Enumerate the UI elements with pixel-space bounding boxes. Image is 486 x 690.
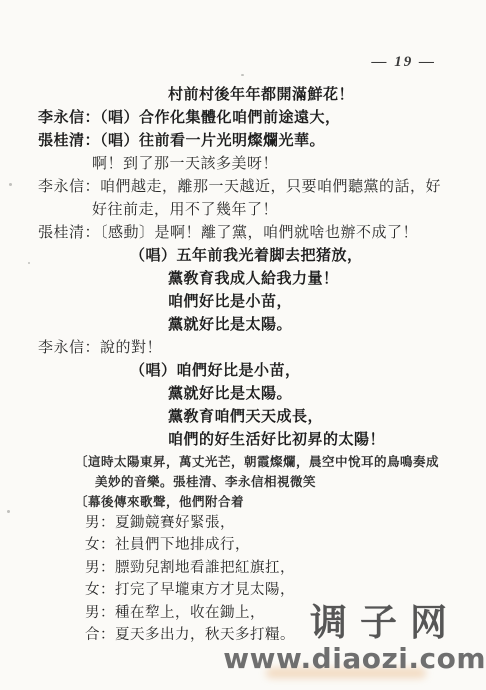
script-line: 咱們好比是小苗，: [168, 291, 486, 314]
script-line: 村前村後年年都開滿鮮花！: [168, 84, 486, 107]
watermark-site-name: 调子网: [310, 604, 460, 641]
script-line: 男：膘勁兒割地看誰把紅旗扛，: [85, 557, 486, 579]
script-line: 女：社員們下地排成行，: [85, 534, 486, 556]
scan-speck: [28, 262, 30, 264]
scanned-book-page: — 19 — 村前村後年年都開滿鮮花！李永信：（唱）合作化集體化咱們前途遠大，張…: [0, 0, 486, 690]
script-line: 黨就好比是太陽。: [168, 314, 486, 337]
script-line: 李永信：（唱）合作化集體化咱們前途遠大，: [38, 107, 486, 130]
script-line: 啊！到了那一天該多美呀！: [92, 153, 486, 176]
script-lines: 村前村後年年都開滿鮮花！李永信：（唱）合作化集體化咱們前途遠大，張桂清：（唱）往…: [0, 84, 486, 646]
script-line: 好往前走，用不了幾年了！: [92, 199, 486, 222]
script-line: 李永信：咱們越走，離那一天越近，只要咱們聽黨的話，好: [38, 176, 486, 199]
script-line: 男：夏鋤競賽好緊張，: [85, 512, 486, 534]
script-line: （唱）五年前我光着脚去把猪放，: [130, 245, 486, 268]
script-line: （唱）咱們好比是小苗，: [130, 360, 486, 383]
script-line: 〔這時太陽東昇，萬丈光芒，朝霞燦爛，晨空中悅耳的鳥鳴奏成: [75, 452, 486, 472]
scan-speck: [9, 183, 12, 186]
watermark-site-url: www.diaozi.com: [223, 645, 486, 673]
scan-speck: [7, 510, 10, 513]
script-line: 黨敎育我成人給我力量！: [168, 268, 486, 291]
script-line: 張桂清：〔感動〕是啊！離了黨，咱們就啥也辦不成了！: [38, 222, 486, 245]
script-line: 〔幕後傳來歌聲，他們附合着: [75, 492, 486, 512]
scan-speck: [241, 74, 244, 76]
script-line: 咱們的好生活好比初昇的太陽！: [168, 429, 486, 452]
script-line: 美妙的音樂。張桂清、李永信相視微笑: [95, 472, 486, 492]
script-line: 黨就好比是太陽。: [168, 383, 486, 406]
page-number: — 19 —: [372, 54, 437, 71]
script-line: 張桂清：（唱）往前看一片光明燦爛光華。: [38, 130, 486, 153]
script-line: 女：打完了早壠東方才見太陽，: [85, 579, 486, 601]
script-line: 李永信：說的對！: [38, 337, 486, 360]
script-line: 黨敎育咱們天天成長，: [168, 406, 486, 429]
